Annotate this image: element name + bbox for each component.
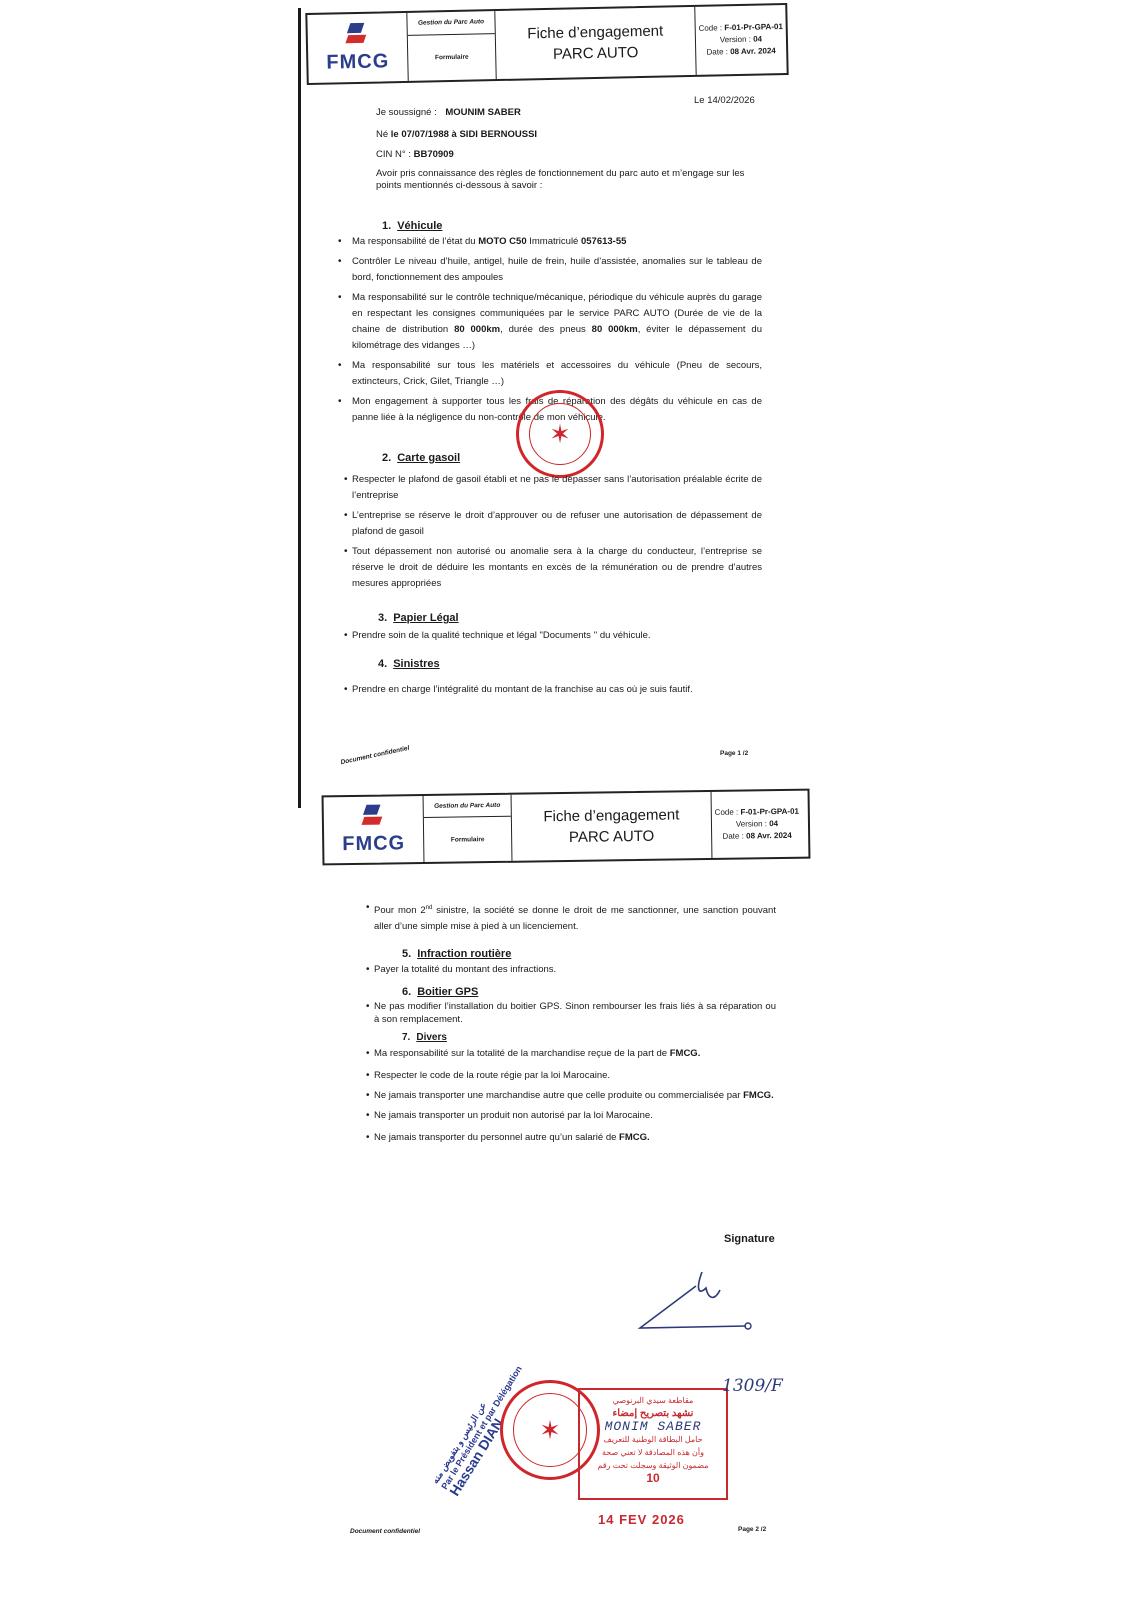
star-icon: ✶ xyxy=(549,421,571,447)
header-category: Gestion du Parc Auto Formulaire xyxy=(424,795,513,862)
section-label: Papier Légal xyxy=(393,612,458,624)
list-item: Tout dépassement non autorisé ou anomali… xyxy=(344,544,762,592)
certified-name: MONIM SABER xyxy=(580,1420,726,1433)
code-label: Code : xyxy=(715,808,741,817)
section-label: Véhicule xyxy=(397,220,442,232)
section-3-list: Prendre soin de la qualité technique et … xyxy=(344,628,762,644)
section-label: Sinistres xyxy=(393,658,439,670)
title-line-1: Fiche d’engagement xyxy=(527,21,663,45)
section-label: Divers xyxy=(416,1032,447,1043)
section-label: Boitier GPS xyxy=(417,986,478,998)
document-date: Le 14/02/2026 xyxy=(694,94,755,108)
item-text: Pour mon 2 xyxy=(374,905,426,916)
intro-paragraph: Avoir pris connaissance des règles de fo… xyxy=(376,168,766,192)
section-3-title: 3.Papier Légal xyxy=(378,612,459,624)
list-item: Ne pas modifier l’installation du boitie… xyxy=(366,1000,776,1026)
item-text: Ma responsabilité de l’état du xyxy=(352,236,478,247)
list-item: Ma responsabilité sur tous les matériels… xyxy=(338,358,762,390)
header-category: Gestion du Parc Auto Formulaire xyxy=(407,11,496,81)
list-item: Prendre en charge l’intégralité du monta… xyxy=(344,682,762,698)
section-number: 6. xyxy=(402,986,411,998)
date-value: 08 Avr. 2024 xyxy=(746,831,792,841)
doc-type-label: Formulaire xyxy=(424,817,512,862)
section-number: 2. xyxy=(382,452,391,464)
item-text: Ne jamais transporter du personnel autre… xyxy=(374,1132,619,1143)
section-number: 4. xyxy=(378,658,387,670)
list-item: Payer la totalité du montant des infract… xyxy=(366,962,776,978)
stamp-district: مقاطعة سيدي البرنوصي xyxy=(580,1394,726,1407)
company-logo: FMCG xyxy=(324,796,425,863)
vehicle-model: MOTO C50 xyxy=(478,236,526,247)
section-5-title: 5.Infraction routière xyxy=(402,948,511,960)
handwritten-signature xyxy=(636,1268,756,1338)
title-line-1: Fiche d’engagement xyxy=(543,804,679,827)
birth-value: le 07/07/1988 à SIDI BERNOUSSI xyxy=(391,129,537,140)
section-6-title: 6.Boitier GPS xyxy=(402,986,478,998)
list-item: Respecter le code de la route régie par … xyxy=(366,1068,776,1084)
list-item: Ne jamais transporter du personnel autre… xyxy=(366,1130,776,1146)
section-label: Infraction routière xyxy=(417,948,511,960)
footer-confidential: Document confidentiel xyxy=(340,745,410,766)
item-text: Ne jamais transporter une marchandise au… xyxy=(374,1090,743,1101)
version-label: Version : xyxy=(736,819,769,828)
tire-lifespan: 80 000km xyxy=(592,324,638,335)
undersigned-line: Je soussigné : MOUNIM SABER xyxy=(376,106,521,120)
company-name: FMCG. xyxy=(670,1048,701,1059)
vehicle-plate: 057613-55 xyxy=(581,236,626,247)
list-item: Prendre soin de la qualité technique et … xyxy=(344,628,762,644)
version-label: Version : xyxy=(720,35,754,45)
birth-line: Né le 07/07/1988 à SIDI BERNOUSSI xyxy=(376,128,537,142)
logo-text: FMCG xyxy=(342,832,405,856)
list-item: Contrôler Le niveau d’huile, antigel, hu… xyxy=(338,254,762,286)
version-value: 04 xyxy=(769,819,778,828)
item-text: sinistre, la société se donne le droit d… xyxy=(374,905,776,932)
section-1-title: 1.Véhicule xyxy=(382,220,442,232)
section-4-list: Prendre en charge l’intégralité du monta… xyxy=(344,682,762,698)
company-name: FMCG. xyxy=(619,1132,650,1143)
category-label: Gestion du Parc Auto xyxy=(407,11,494,35)
signature-certification-stamp: مقاطعة سيدي البرنوصي نشهد بتصريح إمضاء M… xyxy=(578,1388,728,1500)
section-6-list: Ne pas modifier l’installation du boitie… xyxy=(366,1000,776,1026)
list-item: Ma responsabilité sur la totalité de la … xyxy=(366,1046,776,1062)
title-line-2: PARC AUTO xyxy=(553,42,639,65)
undersigned-name: MOUNIM SABER xyxy=(445,107,520,118)
undersigned-label: Je soussigné : xyxy=(376,107,437,118)
section-5-list: Payer la totalité du montant des infract… xyxy=(366,962,776,978)
signature-label: Signature xyxy=(724,1232,775,1246)
code-label: Code : xyxy=(698,23,724,33)
list-item: Ma responsabilité de l’état du MOTO C50 … xyxy=(338,234,762,250)
list-item: Pour mon 2nd sinistre, la société se don… xyxy=(366,900,776,935)
stamp-text: وأن هذه المصادقة لا تعني صحة xyxy=(580,1446,726,1459)
document-header: FMCG Gestion du Parc Auto Formulaire Fic… xyxy=(305,3,788,85)
list-item: Ne jamais transporter une marchandise au… xyxy=(366,1090,776,1102)
page-2: FMCG Gestion du Parc Auto Formulaire Fic… xyxy=(0,780,1131,1599)
item-text: Immatriculé xyxy=(527,236,581,247)
section-2-list: Respecter le plafond de gasoil établi et… xyxy=(344,472,762,592)
header-meta: Code : F-01-Pr-GPA-01 Version : 04 Date … xyxy=(712,791,803,858)
section-number: 5. xyxy=(402,948,411,960)
date-label: Date : xyxy=(706,47,730,56)
cin-line: CIN N° : BB70909 xyxy=(376,148,454,162)
date-label: Date : xyxy=(722,831,746,840)
page-number: Page 2 /2 xyxy=(738,1526,766,1533)
header-meta: Code : F-01-Pr-GPA-01 Version : 04 Date … xyxy=(695,5,786,75)
document-header: FMCG Gestion du Parc Auto Formulaire Fic… xyxy=(322,789,811,866)
list-item: L’entreprise se réserve le droit d’appro… xyxy=(344,508,762,540)
section-2-title: 2.Carte gasoil xyxy=(382,452,460,464)
logo-text: FMCG xyxy=(326,50,389,74)
item-text: , durée des pneus xyxy=(500,324,592,335)
company-logo: FMCG xyxy=(307,13,408,83)
section-number: 3. xyxy=(378,612,387,624)
handwritten-reference: 1309/F xyxy=(722,1376,783,1396)
section-7-title: 7.Divers xyxy=(402,1032,447,1043)
page-1: FMCG Gestion du Parc Auto Formulaire Fic… xyxy=(0,0,1131,780)
category-label: Gestion du Parc Auto xyxy=(424,795,511,818)
date-stamp: 14 FEV 2026 xyxy=(598,1512,685,1527)
stamp-text: حامل البطاقة الوطنية للتعريف xyxy=(580,1433,726,1446)
code-value: F-01-Pr-GPA-01 xyxy=(724,22,783,32)
item-text: Ma responsabilité sur la totalité de la … xyxy=(374,1048,670,1059)
list-item: Ne jamais transporter un produit non aut… xyxy=(366,1108,776,1124)
title-line-2: PARC AUTO xyxy=(569,826,655,848)
section-4-title: 4.Sinistres xyxy=(378,658,440,670)
doc-type-label: Formulaire xyxy=(408,34,496,81)
chain-lifespan: 80 000km xyxy=(454,324,500,335)
cin-value: BB70909 xyxy=(414,149,454,160)
footer-confidential: Document confidentiel xyxy=(350,1528,420,1535)
star-icon: ✶ xyxy=(539,1417,561,1443)
section-7-list: Ma responsabilité sur la totalité de la … xyxy=(366,1046,776,1146)
header-title: Fiche d’engagement PARC AUTO xyxy=(495,7,696,79)
company-name: FMCG. xyxy=(743,1090,774,1101)
list-item: Ma responsabilité sur le contrôle techni… xyxy=(338,290,762,354)
official-round-stamp: ✶ xyxy=(516,390,604,478)
birth-label: Né xyxy=(376,129,388,140)
sinistre-continued-list: Pour mon 2nd sinistre, la société se don… xyxy=(366,900,776,935)
section-number: 7. xyxy=(402,1032,410,1043)
logo-icon xyxy=(342,22,373,49)
logo-icon xyxy=(358,804,388,830)
section-label: Carte gasoil xyxy=(397,452,460,464)
version-value: 04 xyxy=(753,34,762,43)
code-value: F-01-Pr-GPA-01 xyxy=(740,807,799,817)
date-value: 08 Avr. 2024 xyxy=(730,46,776,56)
header-title: Fiche d’engagement PARC AUTO xyxy=(512,792,713,861)
list-item: Respecter le plafond de gasoil établi et… xyxy=(344,472,762,504)
cin-label: CIN N° : xyxy=(376,149,411,160)
page-number: Page 1 /2 xyxy=(720,750,748,757)
section-number: 1. xyxy=(382,220,391,232)
register-number: 10 xyxy=(580,1472,726,1485)
